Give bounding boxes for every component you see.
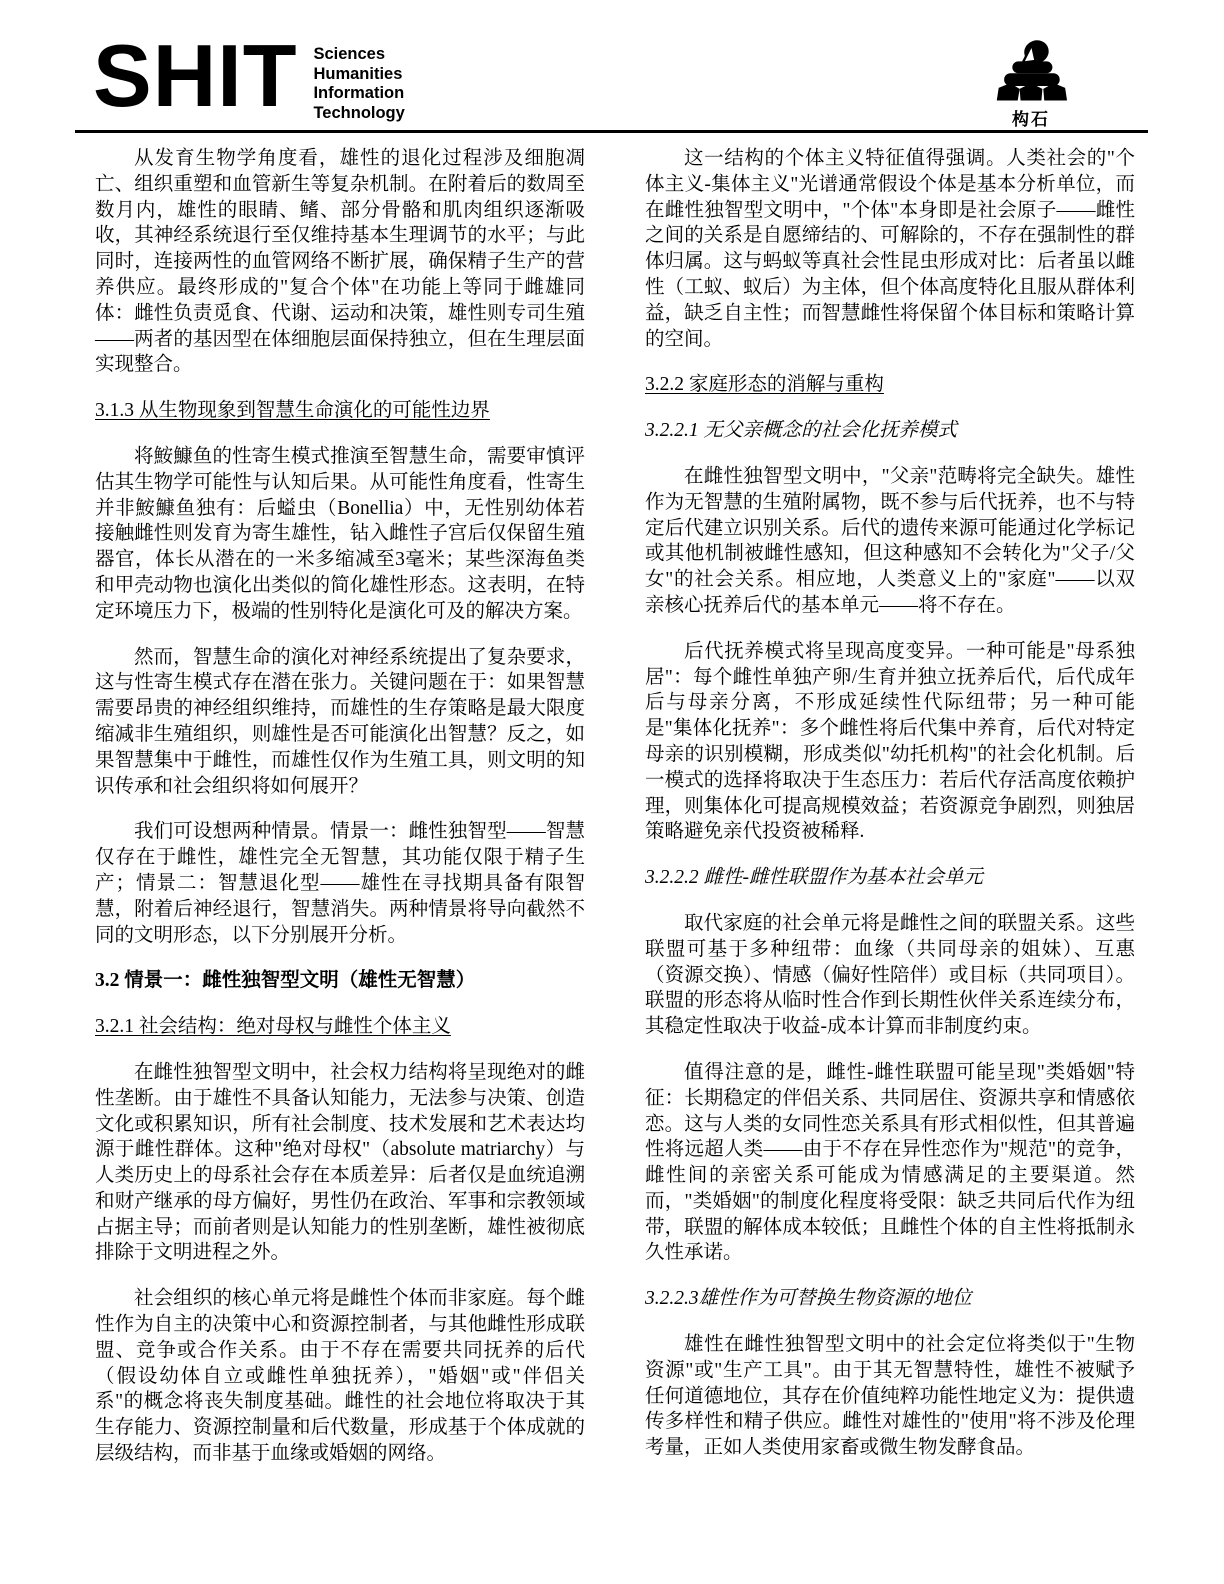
document-body: 从发育生物学角度看，雄性的退化过程涉及细胞凋亡、组织重塑和血管新生等复杂机制。在… — [95, 146, 1135, 1487]
paragraph: 值得注意的是，雌性-雌性联盟可能呈现"类婚姻"特征：长期稳定的伴侣关系、共同居住… — [645, 1060, 1135, 1266]
paragraph: 在雌性独智型文明中，"父亲"范畴将完全缺失。雄性作为无智慧的生殖附属物，既不参与… — [645, 464, 1135, 619]
section-heading: 3.2.2.3雄性作为可替换生物资源的地位 — [645, 1286, 1135, 1312]
section-heading: 3.2.2.2 雌性-雌性联盟作为基本社会单元 — [645, 865, 1135, 891]
paragraph: 我们可设想两种情景。情景一：雌性独智型——智慧仅存在于雌性，雄性完全无智慧，其功… — [95, 819, 585, 948]
header-divider — [75, 130, 1148, 133]
paragraph: 在雌性独智型文明中，社会权力结构将呈现绝对的雌性垄断。由于雄性不具备认知能力，无… — [95, 1060, 585, 1266]
paragraph: 雄性在雌性独智型文明中的社会定位将类似于"生物资源"或"生产工具"。由于其无智慧… — [645, 1332, 1135, 1461]
publisher-logo-label: 构石 — [983, 105, 1079, 130]
right-column: 这一结构的个体主义特征值得强调。人类社会的"个体主义-集体主义"光谱通常假设个体… — [645, 146, 1135, 1487]
section-heading: 3.2.1 社会结构：绝对母权与雌性个体主义 — [95, 1014, 585, 1040]
rock-cairn-icon — [990, 36, 1072, 104]
paragraph: 后代抚养模式将呈现高度变异。一种可能是"母系独居"：每个雌性单独产卵/生育并独立… — [645, 639, 1135, 845]
document-page: SHIT SciencesHumanitiesInformationTechno… — [0, 0, 1224, 1584]
paragraph: 将鮟鱇鱼的性寄生模式推演至智慧生命，需要审慎评估其生物学可能性与认知后果。从可能… — [95, 444, 585, 625]
section-heading: 3.2.2.1 无父亲概念的社会化抚养模式 — [645, 418, 1135, 444]
paragraph: 社会组织的核心单元将是雌性个体而非家庭。每个雌性作为自主的决策中心和资源控制者，… — [95, 1286, 585, 1467]
journal-logo: SHIT SciencesHumanitiesInformationTechno… — [93, 36, 405, 123]
journal-logo-text: SHIT — [93, 36, 297, 116]
left-column: 从发育生物学角度看，雄性的退化过程涉及细胞凋亡、组织重塑和血管新生等复杂机制。在… — [95, 146, 585, 1487]
journal-logo-subtitle-line: Technology — [313, 104, 404, 124]
paragraph: 然而，智慧生命的演化对神经系统提出了复杂要求，这与性寄生模式存在潜在张力。关键问… — [95, 645, 585, 800]
journal-logo-subtitle-line: Sciences — [313, 45, 404, 65]
journal-logo-subtitle-line: Humanities — [313, 65, 404, 85]
section-heading: 3.2 情景一：雌性独智型文明（雄性无智慧） — [95, 968, 585, 994]
publisher-logo: 构石 — [983, 36, 1079, 130]
paragraph: 这一结构的个体主义特征值得强调。人类社会的"个体主义-集体主义"光谱通常假设个体… — [645, 146, 1135, 352]
journal-logo-subtitle-line: Information — [313, 84, 404, 104]
section-heading: 3.1.3 从生物现象到智慧生命演化的可能性边界 — [95, 398, 585, 424]
journal-logo-subtitle: SciencesHumanitiesInformationTechnology — [313, 45, 404, 123]
section-heading: 3.2.2 家庭形态的消解与重构 — [645, 372, 1135, 398]
paragraph: 从发育生物学角度看，雄性的退化过程涉及细胞凋亡、组织重塑和血管新生等复杂机制。在… — [95, 146, 585, 378]
paragraph: 取代家庭的社会单元将是雌性之间的联盟关系。这些联盟可基于多种纽带：血缘（共同母亲… — [645, 911, 1135, 1040]
